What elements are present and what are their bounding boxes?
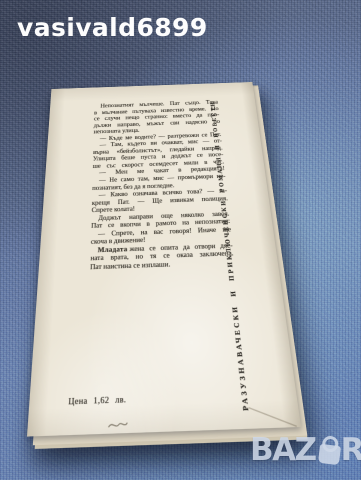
pen-squiggle-mark	[107, 419, 128, 431]
book-back-cover: Непознатият мълчеше. Пат също. Така в мъ…	[27, 82, 301, 437]
seller-username-watermark: vasivald6899	[17, 13, 208, 42]
bazar-text-right: R	[341, 433, 361, 467]
photo-of-book-listing: Непознатият мълчеше. Пат също. Така в мъ…	[0, 0, 361, 480]
price-label: Цена 1,62 лв.	[68, 395, 126, 407]
bazar-text-left: BAZ	[250, 433, 316, 467]
bazar-marketplace-watermark: BAZR	[250, 433, 361, 467]
shopping-bag-icon	[318, 444, 341, 465]
